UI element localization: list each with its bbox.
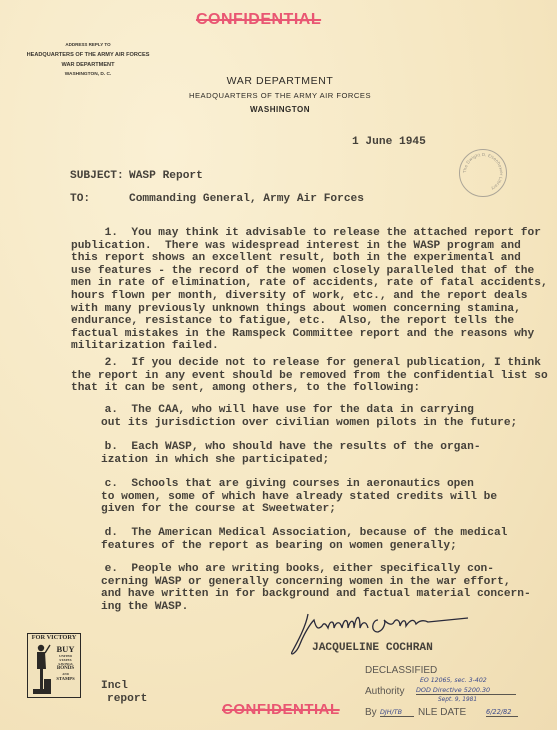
letter-date: 1 June 1945 [352, 136, 426, 149]
to-value: Commanding General, Army Air Forces [129, 193, 364, 206]
list-item-line: and have written in for background and f… [101, 588, 531, 601]
list-item-line: to women, some of which have already sta… [101, 491, 497, 504]
list-item-line: d. The American Medical Association, bec… [71, 527, 507, 540]
paragraph-1: 1. You may think it advisable to release… [71, 227, 548, 353]
letterhead-title: WAR DEPARTMENT [150, 74, 410, 89]
return-address-line3: WASHINGTON, D. C. [14, 70, 162, 80]
letterhead: WAR DEPARTMENT HEADQUARTERS OF THE ARMY … [150, 74, 410, 116]
list-item-d: d. The American Medical Association, bec… [101, 527, 507, 552]
nle-date-label: NLE DATE [418, 707, 466, 718]
letterhead-city: WASHINGTON [150, 103, 410, 116]
list-item-line: c. Schools that are giving courses in ae… [71, 478, 497, 491]
poster-top: FOR VICTORY [28, 634, 80, 642]
list-item-line: b. Each WASP, who should have the result… [71, 441, 481, 454]
paragraph-line: factual mistakes in the Ramspeck Committ… [71, 328, 548, 341]
paragraph-line: that it can be sent, among others, to th… [71, 382, 548, 395]
confidential-stamp-bottom: CONFIDENTIAL [222, 701, 340, 718]
list-item-line: given for the course at Sweetwater; [101, 503, 497, 516]
svg-text:The Dwight D. Eisenhower Libra: The Dwight D. Eisenhower Library [462, 152, 504, 192]
authority-date: Sept. 9, 1981 [438, 697, 477, 703]
letterhead-subtitle: HEADQUARTERS OF THE ARMY AIR FORCES [150, 89, 410, 103]
library-seal: The Dwight D. Eisenhower Library [459, 149, 507, 197]
confidential-stamp-top: CONFIDENTIAL [196, 11, 321, 29]
paragraph-line: militarization failed. [71, 340, 548, 353]
typed-signature: JACQUELINE COCHRAN [312, 642, 433, 655]
list-item-line: e. People who are writing books, either … [71, 563, 531, 576]
subject-value: WASP Report [129, 170, 203, 183]
by-value: DJH/TB [380, 708, 414, 717]
list-item-line: out its jurisdiction over civilian women… [101, 417, 517, 430]
return-address-line1: HEADQUARTERS OF THE ARMY AIR FORCES [14, 50, 162, 60]
poster-buy: BUY [52, 645, 79, 654]
authority-label: Authority [365, 686, 404, 697]
authority-value: DOD Directive 5200.30 [416, 686, 516, 695]
list-item-b: b. Each WASP, who should have the result… [101, 441, 481, 466]
list-item-line: ization in which she participated; [101, 454, 481, 467]
paragraph-2: 2. If you decide not to release for gene… [71, 357, 548, 395]
list-item-c: c. Schools that are giving courses in ae… [101, 478, 497, 516]
return-address: ADDRESS REPLY TO HEADQUARTERS OF THE ARM… [14, 40, 162, 80]
list-item-line: a. The CAA, who will have use for the da… [71, 404, 517, 417]
enclosure: Incl report [101, 680, 147, 705]
paragraph-line: endurance, resistance to fatigue, etc. A… [71, 315, 548, 328]
paragraph-line: publication. There was widespread intere… [71, 240, 548, 253]
nle-date-value: 6/22/82 [486, 708, 518, 717]
paragraph-line: the report in any event should be remove… [71, 370, 548, 383]
seal-text: The Dwight D. Eisenhower Library [462, 152, 504, 192]
list-item-line: features of the report as bearing on wom… [101, 540, 507, 553]
subject-label: SUBJECT: [70, 170, 124, 183]
paragraph-line: 1. You may think it advisable to release… [71, 227, 548, 240]
by-label: By [365, 707, 377, 718]
paragraph-line: this report shows an excellent result, b… [71, 252, 548, 265]
paragraph-line: men in rate of elimination, rate of acci… [71, 277, 548, 290]
to-label: TO: [70, 193, 90, 206]
poster-stamps: STAMPS [52, 676, 79, 682]
declassified-title: DECLASSIFIED [365, 665, 437, 676]
enclosure-line1: Incl [101, 680, 147, 693]
list-item-line: cerning WASP or generally concerning wom… [101, 576, 531, 589]
minuteman-icon [31, 643, 53, 695]
return-address-label: ADDRESS REPLY TO [14, 40, 162, 50]
enclosure-line2: report [101, 693, 147, 706]
return-address-line2: WAR DEPARTMENT [14, 60, 162, 70]
seal-ring-icon: The Dwight D. Eisenhower Library [460, 150, 506, 196]
war-bonds-poster: FOR VICTORY BUY UNITED STATES SAVINGS BO… [27, 633, 81, 698]
list-item-a: a. The CAA, who will have use for the da… [101, 404, 517, 429]
declass-eo-note: EO 12065, sec. 3-402 [420, 677, 487, 684]
paragraph-line: 2. If you decide not to release for gene… [71, 357, 548, 370]
paragraph-line: hours flown per month, diversity of work… [71, 290, 548, 303]
paragraph-line: with many previously unknown things abou… [71, 303, 548, 316]
paragraph-line: use features - the record of the women c… [71, 265, 548, 278]
